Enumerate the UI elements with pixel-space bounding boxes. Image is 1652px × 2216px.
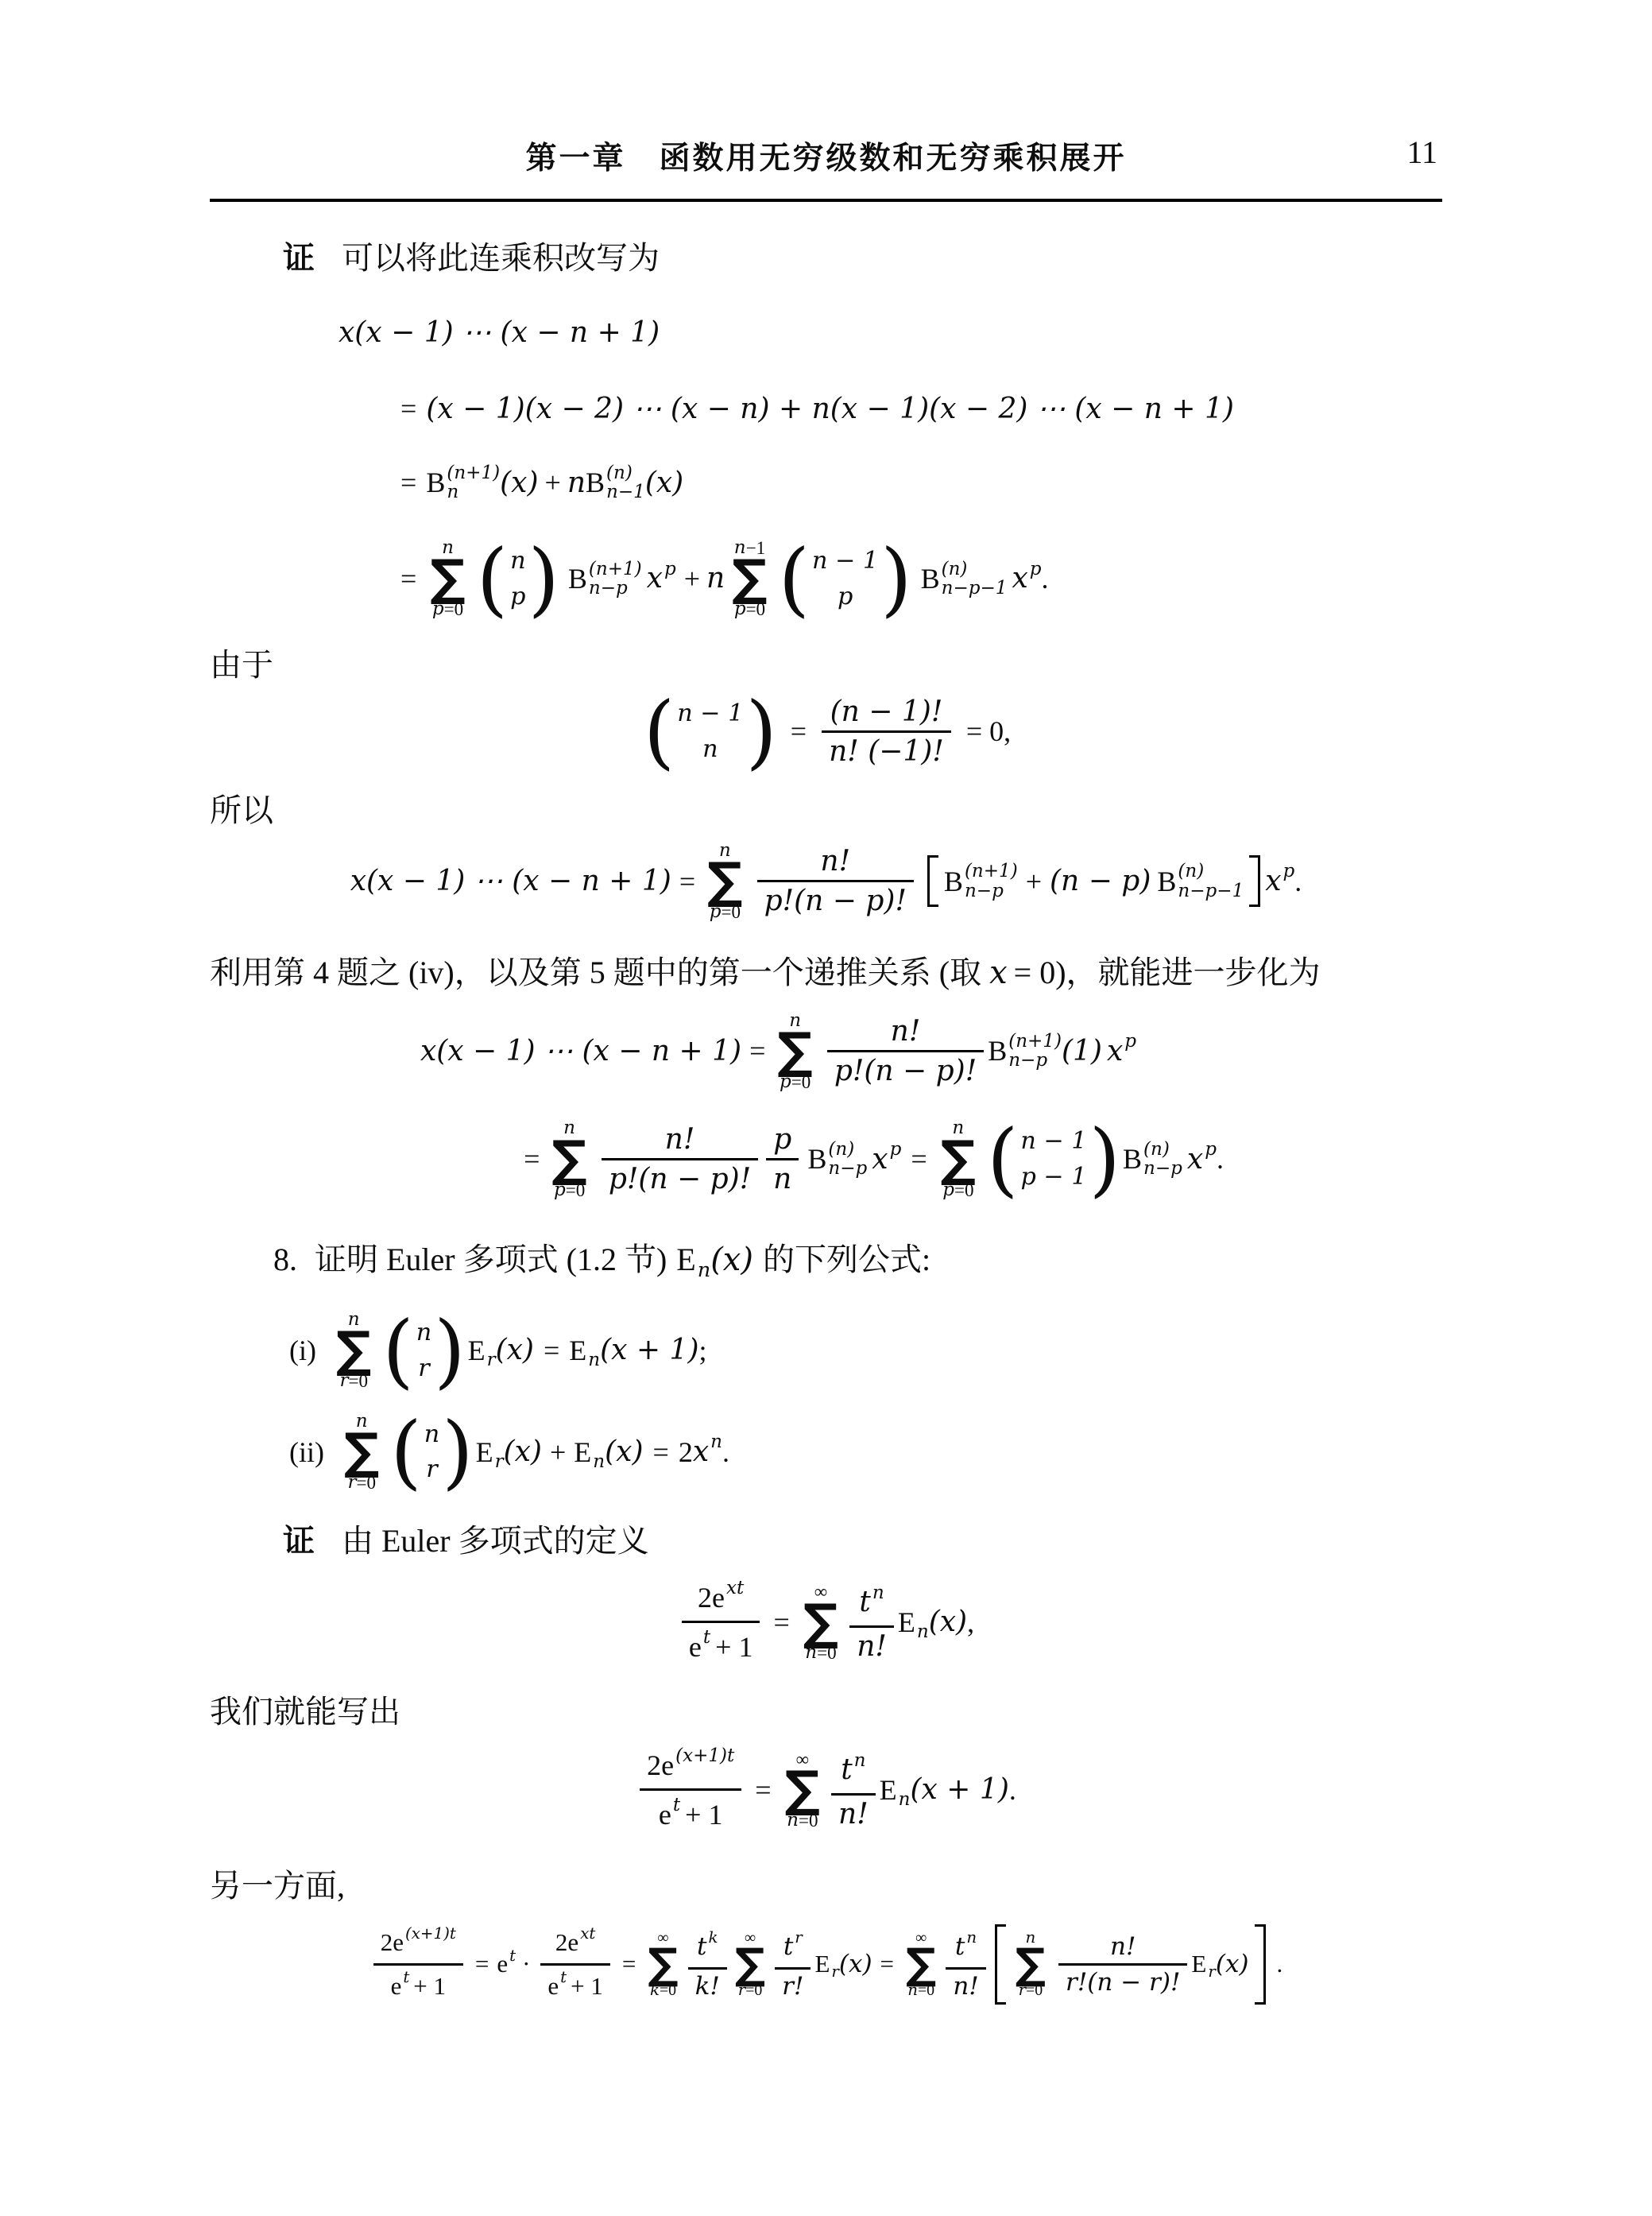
math-i: p (1283, 862, 1295, 881)
math-i: n! (857, 1630, 887, 1663)
math-r: =0 (918, 1982, 934, 2000)
math-ss: tn (841, 1749, 865, 1791)
math-sub: n−p (828, 1159, 867, 1180)
math-ss: B(n)n−p (807, 1138, 867, 1180)
math-sig: ∑ (777, 1031, 812, 1071)
math-par: ( (644, 703, 675, 761)
math-i: (n) (1178, 862, 1204, 881)
math-r: = (524, 1142, 540, 1176)
math-sum: n∑p=0 (430, 537, 465, 620)
math-r: =0 (791, 1071, 811, 1093)
math-col: p (1205, 1138, 1217, 1180)
math-r: =0 (799, 1810, 818, 1831)
math-row: n − 1 (812, 547, 878, 575)
math-i: n−p (1008, 1051, 1047, 1070)
math-i: x (1187, 1143, 1203, 1176)
math-i: n! (953, 1972, 978, 2001)
equation-product-sum: x(x − 1) ⋯ (x − n + 1)=n∑p=0n!p!(n − p)!… (210, 840, 1442, 923)
math-r: E (574, 1435, 591, 1469)
math-i: k! (695, 1972, 720, 2001)
paragraph-proof-1: 证可以将此连乘积改写为 (210, 237, 1442, 280)
math-sub (673, 1815, 680, 1835)
math-den: et+ 1 (640, 1791, 741, 1838)
math-r: =0 (444, 599, 464, 620)
math-r: 所以 (210, 789, 273, 832)
math-sub (710, 1452, 722, 1473)
math-row: B (586, 466, 605, 499)
math-num: tn (831, 1746, 876, 1796)
math-sup: n (710, 1431, 722, 1451)
math-ss: B(n)n−p−1 (921, 557, 1008, 599)
math-i: r (347, 1472, 356, 1493)
math-col: (n+1)n−p (1008, 1030, 1062, 1072)
math-r: = 0, (966, 715, 1011, 748)
math-ss: et (689, 1625, 710, 1668)
math-sub (1205, 1159, 1217, 1180)
equation-item-ii: (ii)n∑r=0(nr)Er(x)+En(x)=2xn. (210, 1411, 1442, 1493)
math-frac: pn (766, 1121, 799, 1198)
math-row: e (659, 1798, 671, 1831)
math-sub (726, 1598, 744, 1618)
math-binom: (n − 1p) (779, 547, 912, 610)
math-lim: r=0 (738, 1982, 763, 2000)
math-r: · (522, 1950, 530, 1978)
math-sum: n∑p=0 (941, 1118, 976, 1200)
math-binom: (nr) (382, 1319, 465, 1382)
math-r: =0 (1026, 1982, 1043, 2000)
math-par: ( (382, 1322, 413, 1380)
math-i: n! (1110, 1932, 1136, 1961)
math-par: ( (477, 550, 508, 608)
math-sub (1030, 579, 1042, 599)
math-sig: ∑ (785, 1769, 820, 1810)
math-sub (966, 1947, 977, 1965)
math-i: n−p (965, 881, 1004, 901)
math-sub (854, 1770, 866, 1791)
math-sup (917, 1601, 929, 1621)
math-i: n (872, 1583, 884, 1602)
math-row: B (944, 865, 963, 898)
math-i: (x) (496, 1334, 534, 1366)
math-ss: xp (1187, 1138, 1217, 1180)
math-sub: n (588, 1350, 600, 1371)
math-i: (n+1) (589, 560, 642, 579)
math-i: p (890, 1140, 902, 1159)
math-r: =0 (566, 1180, 586, 1201)
paragraph-women: 我们就能写出 (210, 1691, 1442, 1734)
math-sub: n−p (965, 881, 1018, 902)
paragraph-youyu: 由于 (210, 644, 1442, 687)
math-i: (n − 1)! (830, 695, 943, 728)
math-row: p − 1 (1020, 1163, 1086, 1191)
math-sum: ∞∑r=0 (735, 1929, 765, 2000)
math-den: n! (831, 1796, 876, 1833)
equation-further-line2: =n∑p=0n!p!(n − p)!pnB(n)n−pxp=n∑p=0(n − … (210, 1118, 1442, 1200)
math-i: p (1124, 1032, 1136, 1051)
math-sum: ∞∑n=0 (906, 1929, 936, 2000)
math-r: =0 (356, 1472, 376, 1493)
math-frac: tnn! (849, 1579, 894, 1665)
math-par: ) (880, 550, 911, 608)
math-i: (x+1)t (675, 1746, 734, 1765)
math-row: e (497, 1950, 508, 1978)
math-i: p (773, 1123, 791, 1156)
math-i: t (703, 1628, 710, 1647)
math-r: 8. (273, 1238, 297, 1281)
math-sup: k (708, 1928, 718, 1947)
math-row: B (807, 1142, 826, 1176)
math-i: x (1107, 1035, 1123, 1067)
math-i: p!(n − p)! (764, 885, 907, 917)
math-i: (x) (504, 1435, 542, 1468)
math-par: ) (442, 1423, 473, 1481)
math-ss: xn (693, 1431, 722, 1473)
math-ss: B(n+1)n−p (944, 860, 1018, 902)
math-lim: p=0 (942, 1180, 973, 1201)
math-sub: n−p (589, 579, 642, 599)
math-bcol: n − 1n (675, 699, 745, 763)
math-sup (487, 1329, 496, 1350)
math-num: 2ext (682, 1574, 760, 1623)
math-i: n! (665, 1123, 695, 1156)
math-col: r (795, 1928, 802, 1965)
math-frac: tnn! (831, 1746, 876, 1833)
math-i: (1) (1062, 1035, 1102, 1067)
math-num: 2e(x+1)t (373, 1922, 463, 1966)
math-r: + 1 (413, 1972, 446, 2001)
math-sup: t (673, 1793, 680, 1814)
math-lim: p=0 (432, 599, 463, 620)
math-lim: n=0 (787, 1810, 818, 1831)
math-par: ( (779, 550, 810, 608)
math-i: t (509, 1948, 516, 1965)
math-lim: r=0 (339, 1370, 368, 1392)
math-par: ) (1089, 1130, 1120, 1188)
math-par: ( (987, 1130, 1018, 1188)
math-num: n! (602, 1121, 758, 1160)
math-r: ; (699, 1334, 707, 1367)
math-i: p (710, 901, 722, 923)
math-sub (664, 579, 676, 599)
math-row: t (859, 1586, 870, 1618)
math-r: B (921, 562, 940, 595)
math-sig: ∑ (336, 1330, 371, 1370)
math-r: = (653, 1435, 669, 1469)
math-i: t (673, 1796, 680, 1815)
math-i: r (339, 1370, 348, 1392)
equation-item-i: (i)n∑r=0(nr)Er(x)=En(x + 1); (210, 1309, 1442, 1392)
math-sub (675, 1765, 734, 1786)
math-col: (n)n−p−1 (942, 557, 1008, 599)
math-row: E (880, 1773, 897, 1807)
math-i: t (697, 1932, 706, 1961)
math-row: B (568, 562, 587, 595)
paragraph-proof-2: 证由 Euler 多项式的定义 (210, 1520, 1442, 1563)
math-frac: n!p!(n − p)! (827, 1013, 984, 1090)
math-r: 由于 (210, 644, 273, 687)
math-row: x (693, 1435, 709, 1468)
math-sup (588, 1329, 600, 1350)
math-i: p (1030, 560, 1042, 579)
math-ss: B(n+1)n−p (988, 1030, 1062, 1072)
math-r: =0 (348, 1370, 368, 1392)
math-ss: En (676, 1237, 710, 1284)
math-binom: (n − 1p − 1) (987, 1127, 1120, 1191)
chapter-title: 第一章 函数用无穷级数和无穷乘积展开 (210, 134, 1442, 178)
math-sig: ∑ (803, 1602, 838, 1643)
math-ss: B(n)n−p−1 (1157, 860, 1244, 902)
math-i: p (780, 1071, 791, 1093)
math-sup: (n) (1143, 1138, 1182, 1159)
math-col: r (831, 1947, 838, 1983)
math-r: B (586, 466, 605, 499)
math-i: x (647, 562, 663, 595)
math-row: p (510, 583, 525, 610)
math-frac: n!p!(n − p)! (757, 843, 914, 920)
math-sup: xt (726, 1576, 744, 1597)
math-i: (x) (645, 467, 683, 499)
math-par: ) (528, 550, 559, 608)
math-row: E (476, 1435, 493, 1469)
math-num: (n − 1)! (822, 693, 951, 733)
math-sup (593, 1431, 605, 1451)
math-col: p (890, 1138, 902, 1180)
math-row: n − 1 (677, 699, 743, 727)
math-r: =0 (660, 1982, 676, 2000)
math-i: r (738, 1982, 745, 2000)
math-row: B (426, 466, 445, 499)
math-i: x(x − 1) ⋯ (x − n + 1) (420, 1035, 741, 1067)
math-i: r (418, 1354, 429, 1382)
math-i: (n) (1143, 1140, 1170, 1159)
math-sup: xt (580, 1924, 595, 1943)
math-col: n (698, 1237, 710, 1284)
math-i: t (783, 1932, 793, 1961)
math-sub: n (899, 1790, 911, 1811)
math-i: n (710, 1432, 722, 1451)
math-num: 2e(x+1)t (640, 1741, 741, 1791)
math-den: n! (946, 1970, 985, 2003)
math-i: n (593, 1452, 605, 1471)
math-row: n (424, 1420, 439, 1448)
math-r: 2 (381, 1928, 393, 1957)
math-sub (795, 1947, 802, 1965)
math-col: (n)n−1 (606, 462, 645, 504)
math-i: n−p (589, 579, 628, 598)
math-sub (890, 1159, 902, 1180)
math-sup (698, 1237, 710, 1260)
math-row: E (676, 1238, 695, 1281)
math-r: B (944, 865, 963, 898)
math-sup (495, 1431, 504, 1451)
math-r: 2 (698, 1581, 712, 1614)
math-i: n! (−1)! (829, 735, 944, 768)
math-num: 2ext (540, 1922, 609, 1966)
math-sub: n (698, 1260, 710, 1283)
math-frac: 2extet+ 1 (682, 1574, 760, 1670)
math-sup: (n+1) (447, 462, 500, 482)
math-sup: t (703, 1625, 710, 1646)
math-row: e (712, 1581, 725, 1614)
math-sup: t (560, 1968, 567, 1986)
math-col: (n+1)n−p (965, 860, 1018, 902)
math-ss: B(n)n−1 (586, 462, 645, 504)
math-i: (x − 1)(x − 2) ⋯ (x − n) + n(x − 1)(x − … (426, 393, 1234, 425)
math-i: p!(n − p)! (834, 1055, 977, 1087)
math-r: E (898, 1606, 915, 1639)
math-row: t (697, 1932, 706, 1961)
math-frac: tnn! (946, 1926, 985, 2003)
math-r: . (1009, 1773, 1016, 1807)
math-i: t (403, 1970, 409, 1986)
math-i: (n+1) (965, 862, 1018, 881)
math-row: n (510, 547, 525, 575)
math-i: n (805, 1642, 817, 1664)
math-ss: e(x+1)t (661, 1744, 734, 1786)
math-sup (1208, 1947, 1215, 1965)
math-i: n (416, 1319, 431, 1346)
equation-euler-shift: 2e(x+1)tet+ 1=∞∑n=0tnn!En(x + 1). (210, 1741, 1442, 1838)
math-i: (x+1)t (405, 1926, 456, 1943)
math-i: p (942, 1180, 954, 1201)
math-i: n (702, 735, 718, 763)
math-ss: tn (859, 1581, 884, 1623)
math-r: = (400, 392, 416, 425)
math-sub: n (447, 482, 500, 503)
math-sup: p (1030, 557, 1042, 578)
math-r: e (659, 1798, 671, 1831)
math-sig: ∑ (941, 1139, 976, 1180)
math-sup: p (664, 557, 676, 578)
math-i: n (854, 1751, 866, 1770)
math-row: B (988, 1034, 1007, 1067)
math-i: x (989, 951, 1008, 994)
math-row: E (898, 1606, 915, 1639)
math-col: t (673, 1793, 680, 1835)
math-r: 利用第 4 题之 (iv)，以及第 5 题中的第一个递推关系 (取 (210, 951, 981, 994)
math-row: E (814, 1950, 830, 1978)
math-col: p (1030, 557, 1042, 599)
math-lim: p=0 (554, 1180, 585, 1201)
math-ss: Er (814, 1947, 838, 1983)
math-lim: p=0 (780, 1071, 811, 1093)
math-br (1255, 1924, 1266, 2005)
math-ss: xp (1012, 557, 1041, 599)
math-ss: Er (468, 1329, 496, 1371)
math-row: x (872, 1143, 888, 1176)
math-row: n (702, 735, 718, 763)
math-ss: tn (955, 1928, 977, 1965)
math-row: r (426, 1455, 437, 1483)
math-i: r (1208, 1964, 1215, 1981)
math-sup: n (966, 1928, 977, 1947)
math-i: k (708, 1930, 718, 1947)
math-r: E (676, 1238, 695, 1281)
equation-expand-line4: =n∑p=0(np)B(n+1)n−pxp+nn−1∑p=0(n − 1p)B(… (210, 537, 1442, 620)
math-lim: n=0 (805, 1642, 836, 1664)
math-num: n! (1058, 1930, 1187, 1966)
math-r: 2 (679, 1435, 693, 1469)
math-r: = (475, 1950, 489, 1978)
math-sub (560, 1986, 567, 2005)
math-r: E (814, 1950, 830, 1978)
math-col: n (872, 1581, 884, 1623)
math-lim: p=0 (710, 901, 741, 923)
math-b: 证 (283, 237, 315, 280)
math-i: (n) (828, 1140, 854, 1159)
math-col: (n)n−p−1 (1178, 860, 1244, 902)
math-den: p!(n − p)! (827, 1052, 984, 1090)
math-r: + 1 (685, 1798, 722, 1831)
math-frac: 2e(x+1)tet+ 1 (640, 1741, 741, 1838)
math-col: n (710, 1431, 722, 1473)
math-col: n (899, 1769, 911, 1811)
math-row: B (1157, 865, 1176, 898)
math-bcol: n − 1p (810, 547, 880, 610)
math-sum: n∑r=0 (1016, 1929, 1046, 2000)
math-row: t (841, 1753, 852, 1786)
math-lim: p=0 (734, 599, 765, 620)
math-i: t (841, 1753, 852, 1786)
math-sup (899, 1769, 911, 1789)
math-bcol: n − 1p − 1 (1018, 1127, 1089, 1191)
math-r: =0 (954, 1180, 974, 1201)
math-sub: n−p (1008, 1051, 1062, 1071)
math-r: = 0)，就能进一步化为 (1014, 951, 1321, 994)
math-i: t (560, 1970, 567, 1986)
math-r: =0 (721, 901, 741, 923)
math-row: B (921, 562, 940, 595)
math-col: p (1124, 1030, 1136, 1072)
math-sum: n∑p=0 (777, 1010, 812, 1093)
math-r: e (497, 1950, 508, 1978)
math-binom: (n − 1n) (644, 699, 777, 763)
math-i: xt (726, 1579, 744, 1598)
math-row: E (574, 1435, 591, 1469)
math-sup (831, 1947, 838, 1965)
math-den: p!(n − p)! (602, 1160, 758, 1198)
math-i: x (1012, 562, 1027, 595)
math-row: e (547, 1972, 559, 2001)
content: 证可以将此连乘积改写为 x(x − 1) ⋯ (x − n + 1) =(x −… (210, 237, 1442, 2007)
math-num: tk (688, 1926, 727, 1970)
math-sup: n (854, 1749, 866, 1769)
math-frac: n!r!(n − r)! (1058, 1930, 1187, 1999)
math-i: r!(n − r)! (1066, 1968, 1180, 1997)
math-r: = (400, 562, 416, 595)
math-sum: n∑p=0 (551, 1118, 586, 1200)
math-r: . (1277, 1950, 1283, 1978)
math-i: n! (838, 1798, 869, 1831)
math-ss: et (659, 1793, 680, 1835)
math-r: e (393, 1928, 404, 1957)
math-b: 证 (283, 1520, 315, 1563)
math-sig: ∑ (344, 1431, 379, 1472)
math-frac: n!p!(n − p)! (602, 1121, 758, 1198)
math-i: n−p (828, 1159, 867, 1178)
math-bl (927, 855, 938, 907)
math-r: 的下列公式: (763, 1238, 930, 1281)
math-sup: (n+1) (965, 860, 1018, 881)
math-lim: n=0 (907, 1982, 934, 2000)
math-par: ) (434, 1322, 465, 1380)
math-sub: r (1208, 1964, 1215, 1982)
math-sub (403, 1986, 409, 2005)
math-i: x (1265, 865, 1281, 897)
math-col: (n)n−p (828, 1138, 867, 1180)
math-i: k (650, 1982, 660, 2000)
math-i: p (554, 1180, 566, 1201)
